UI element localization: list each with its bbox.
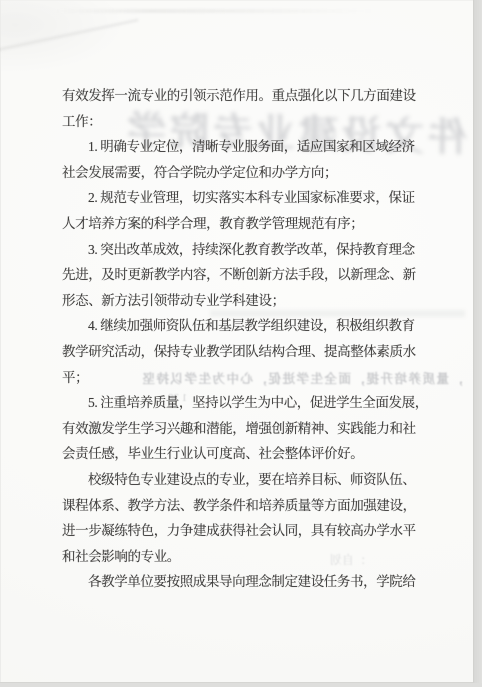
text-line: 各教学单位要按照成果导向理念制定建设任务书，学院给 xyxy=(62,569,462,595)
scanned-page: 件文设建业专院学 ，量质养培升提，面全生学进促，心中为生学以持坚 1 38 ：自… xyxy=(0,0,482,687)
text-line: 3. 突出改革成效，持续深化教育教学改革，保持教育理念 xyxy=(62,237,462,263)
text-line: 社会发展需要，符合学院办学定位和办学方向； xyxy=(62,160,462,186)
text-line: 教学研究活动，保持专业教学团队结构合理、提高整体素质水 xyxy=(62,339,462,365)
text-line: 工作： xyxy=(62,109,462,135)
text-line: 2. 规范专业管理，切实落实本科专业国家标准要求，保证 xyxy=(62,185,462,211)
text-line: 和社会影响的专业。 xyxy=(62,544,462,570)
text-line: 人才培养方案的科学合理，教育教学管理规范有序； xyxy=(62,211,462,237)
paper-sheet: 件文设建业专院学 ，量质养培升提，面全生学进促，心中为生学以持坚 1 38 ：自… xyxy=(0,0,474,683)
scan-smudge xyxy=(0,18,139,52)
text-line: 有效发挥一流专业的引领示范作用。重点强化以下几方面建设 xyxy=(62,83,462,109)
scan-smudge xyxy=(55,9,375,13)
text-line: 先进，及时更新教学内容，不断创新方法手段，以新理念、新 xyxy=(62,262,462,288)
text-line: 平； xyxy=(62,365,462,391)
text-line: 5. 注重培养质量，坚持以学生为中心，促进学生全面发展， xyxy=(62,390,462,416)
document-body: 有效发挥一流专业的引领示范作用。重点强化以下几方面建设工作：1. 明确专业定位，… xyxy=(62,83,462,595)
scan-edge-bottom xyxy=(0,683,482,687)
text-line: 课程体系、教学方法、教学条件和培养质量等方面加强建设， xyxy=(62,493,462,519)
text-line: 4. 继续加强师资队伍和基层教学组织建设，积极组织教育 xyxy=(62,313,462,339)
text-line: 会责任感，毕业生行业认可度高、社会整体评价好。 xyxy=(62,441,462,467)
scan-edge-right xyxy=(474,0,482,687)
text-line: 校级特色专业建设点的专业，要在培养目标、师资队伍、 xyxy=(62,467,462,493)
text-line: 进一步凝练特色，力争建成获得社会认同，具有较高办学水平 xyxy=(62,518,462,544)
text-line: 有效激发学生学习兴趣和潜能，增强创新精神、实践能力和社 xyxy=(62,416,462,442)
text-line: 形态、新方法引领带动专业学科建设； xyxy=(62,288,462,314)
text-line: 1. 明确专业定位，清晰专业服务面，适应国家和区域经济 xyxy=(62,134,462,160)
